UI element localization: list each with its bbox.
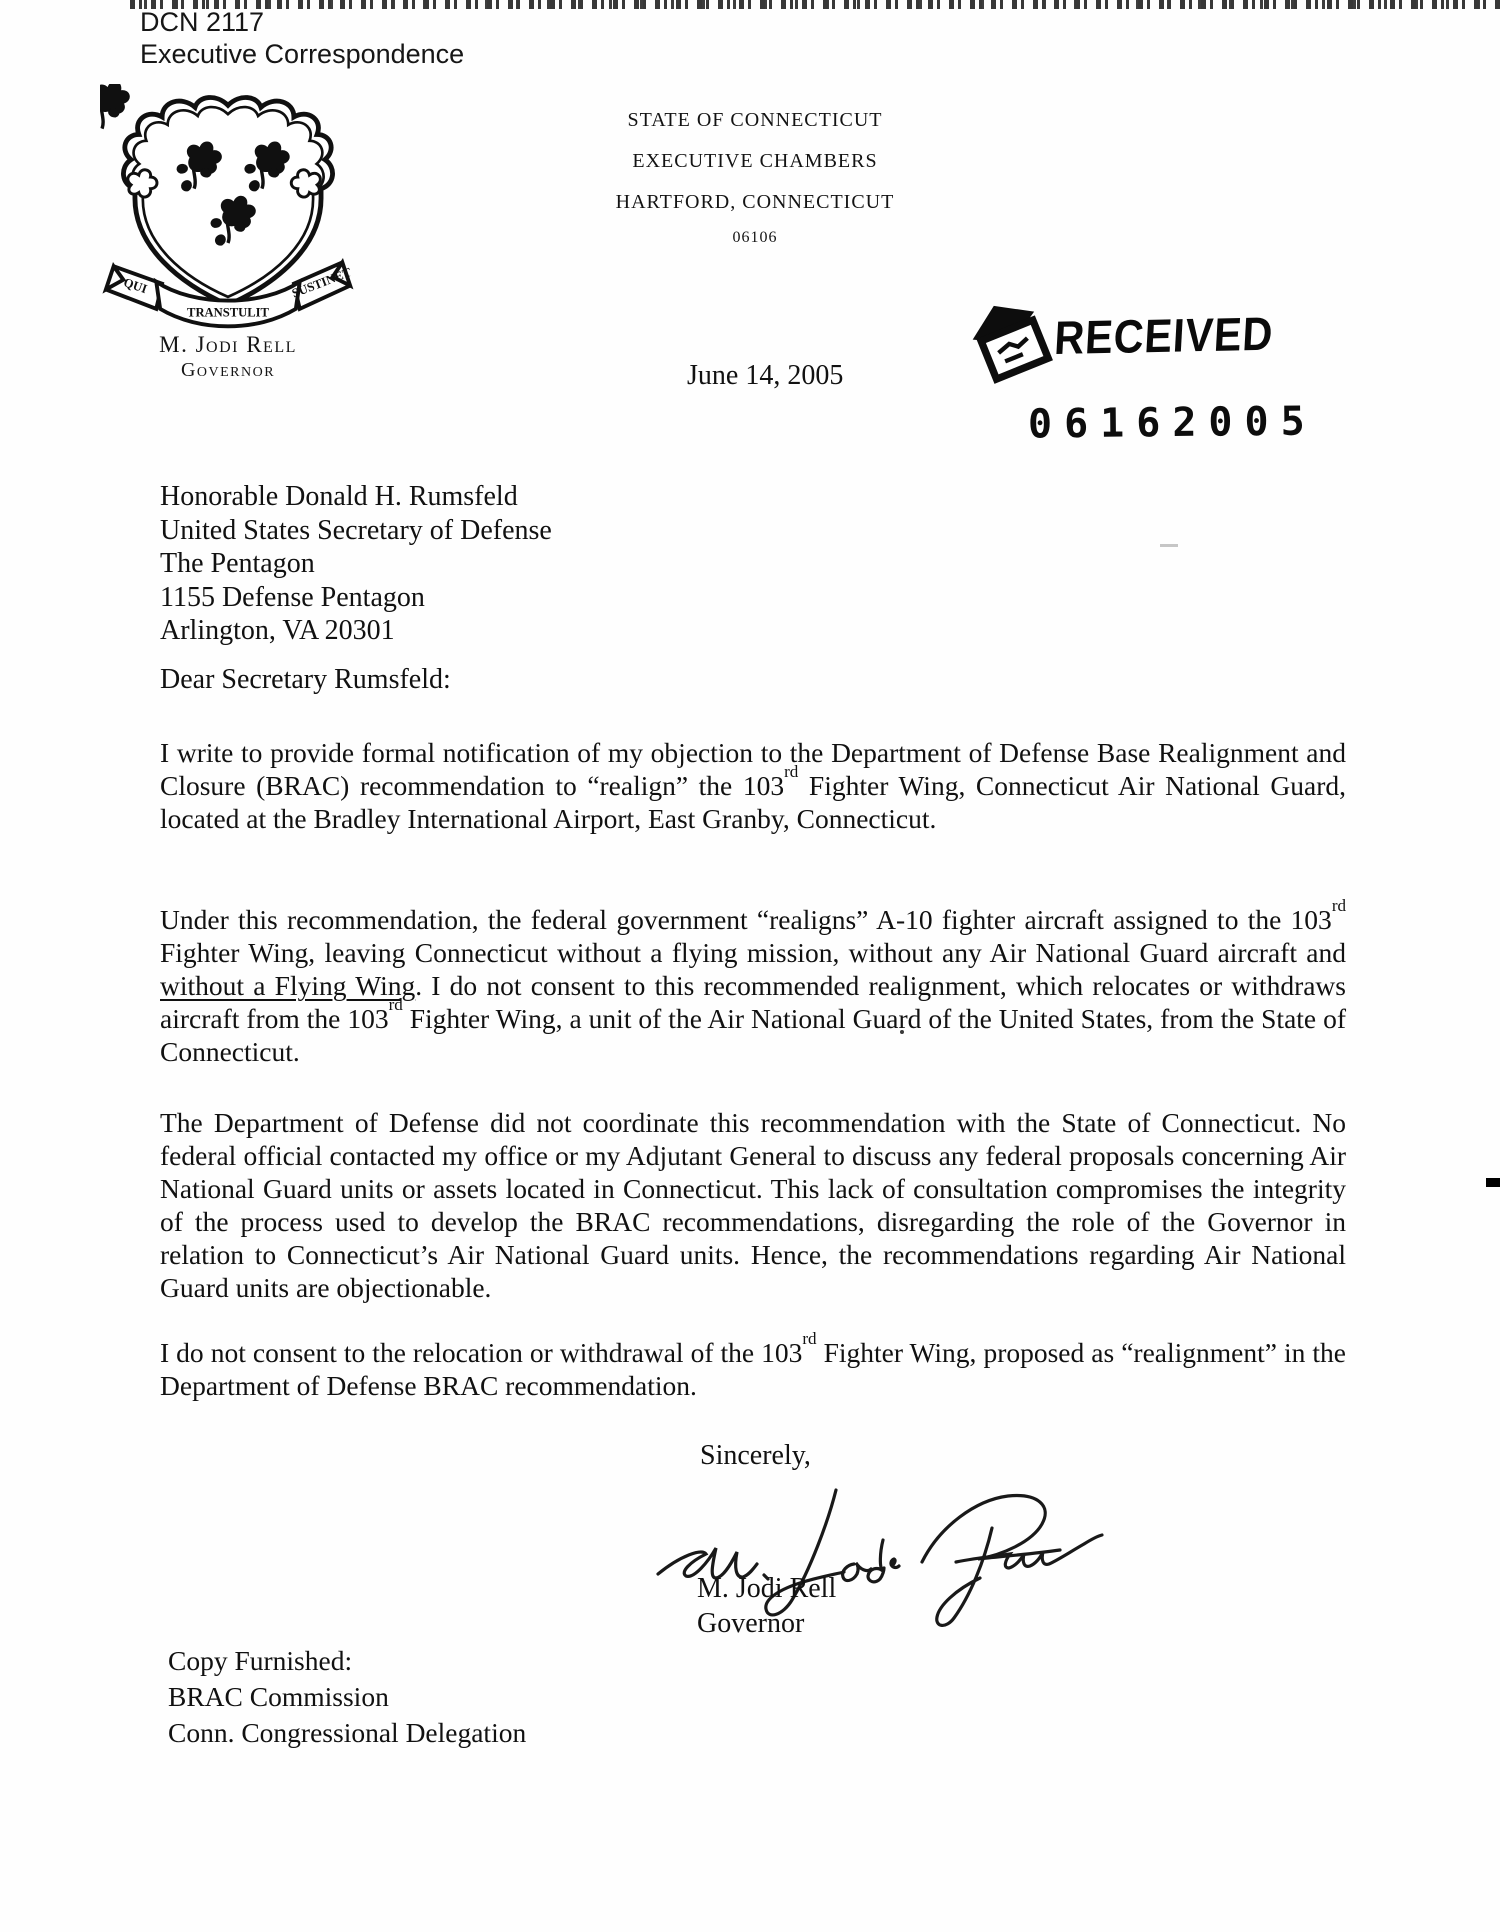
- letter-page: DCN 2117 Executive Correspondence: [0, 0, 1500, 1932]
- scan-artifact-edge-mark: [1486, 1178, 1500, 1187]
- closing-sincerely: Sincerely,: [700, 1440, 811, 1472]
- body-paragraph-4: I do not consent to the relocation or wi…: [160, 1336, 1346, 1402]
- doc-type-label: Executive Correspondence: [140, 38, 464, 70]
- body-paragraph-2: Under this recommendation, the federal g…: [160, 903, 1346, 1068]
- signed-name: M. Jodi Rell: [697, 1573, 836, 1605]
- address-line: The Pentagon: [160, 547, 552, 581]
- state-seal-icon: QUI TRANSTULIT SUSTINET: [100, 84, 356, 336]
- address-line: United States Secretary of Defense: [160, 514, 552, 548]
- letterhead-state: STATE OF CONNECTICUT: [555, 100, 955, 141]
- salutation: Dear Secretary Rumsfeld:: [160, 664, 451, 696]
- letter-date: June 14, 2005: [687, 360, 843, 392]
- envelope-icon: [966, 298, 1054, 386]
- letterhead-city: HARTFORD, CONNECTICUT: [555, 182, 955, 223]
- official-block: M. Jodi Rell Governor: [100, 332, 356, 382]
- body-paragraph-3: The Department of Defense did not coordi…: [160, 1106, 1346, 1304]
- received-stamp-label: RECEIVED: [1053, 306, 1275, 365]
- letterhead-office: EXECUTIVE CHAMBERS: [555, 141, 955, 182]
- motto-word-transtulit: TRANSTULIT: [187, 306, 269, 320]
- cc-item: Conn. Congressional Delegation: [168, 1715, 526, 1751]
- official-name: M. Jodi Rell: [100, 332, 356, 358]
- official-title: Governor: [100, 358, 356, 382]
- letterhead: STATE OF CONNECTICUT EXECUTIVE CHAMBERS …: [555, 100, 955, 253]
- address-line: Honorable Donald H. Rumsfeld: [160, 480, 552, 514]
- recipient-address: Honorable Donald H. Rumsfeld United Stat…: [160, 480, 552, 648]
- scan-artifact-dot: [900, 1030, 904, 1034]
- body-paragraph-1: I write to provide formal notification o…: [160, 736, 1346, 835]
- letterhead-zip: 06106: [555, 223, 955, 253]
- scan-artifact-dash: [1160, 544, 1178, 547]
- dcn-number: DCN 2117: [140, 6, 464, 38]
- address-line: 1155 Defense Pentagon: [160, 581, 552, 615]
- corner-annotation: DCN 2117 Executive Correspondence: [140, 6, 464, 70]
- received-date-stamp: 06162005: [1028, 398, 1317, 447]
- copy-furnished-block: Copy Furnished: BRAC Commission Conn. Co…: [168, 1643, 526, 1751]
- cc-item: BRAC Commission: [168, 1679, 526, 1715]
- cc-label: Copy Furnished:: [168, 1643, 526, 1679]
- address-line: Arlington, VA 20301: [160, 614, 552, 648]
- signed-title: Governor: [697, 1608, 804, 1640]
